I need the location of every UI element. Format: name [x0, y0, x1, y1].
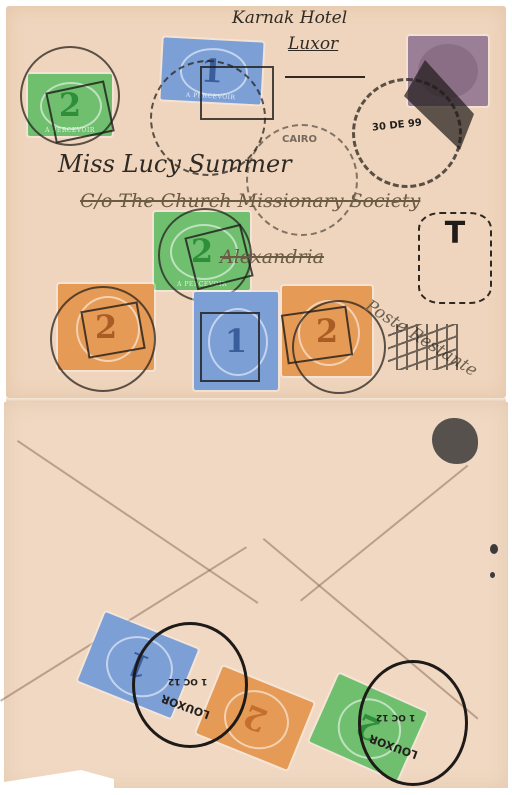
ink-dot: [490, 572, 495, 578]
ink-dot: [490, 544, 498, 554]
address-line3-struck: Alexandria: [220, 246, 324, 268]
envelope: Karnak Hotel Luxor 2 A PERCEVOIR 1 A PER…: [0, 0, 512, 795]
address-line2-struck: C/o The Church Missionary Society: [80, 190, 420, 212]
cancel-box: [200, 66, 274, 120]
hatch-mark: [388, 324, 458, 370]
cancel-box: [281, 306, 353, 365]
postmark-cairo-text: CAIRO: [282, 134, 317, 145]
tax-mark-letter: T: [445, 216, 465, 251]
postmark-louxor-2-date: 1 OC 12: [376, 712, 415, 722]
tax-mark-t: T: [418, 212, 492, 304]
sender-note-line2: Luxor: [288, 34, 338, 54]
ink-blot: [432, 418, 478, 464]
postmark-louxor-1-date: 1 OC 12: [168, 676, 207, 686]
cancel-box: [200, 312, 260, 382]
sender-note-underline: [285, 76, 365, 78]
cancel-box: [80, 301, 145, 358]
postmark-louxor-2: [358, 660, 468, 786]
address-name: Miss Lucy Summer: [58, 150, 292, 178]
sender-note-line1: Karnak Hotel: [232, 8, 347, 28]
